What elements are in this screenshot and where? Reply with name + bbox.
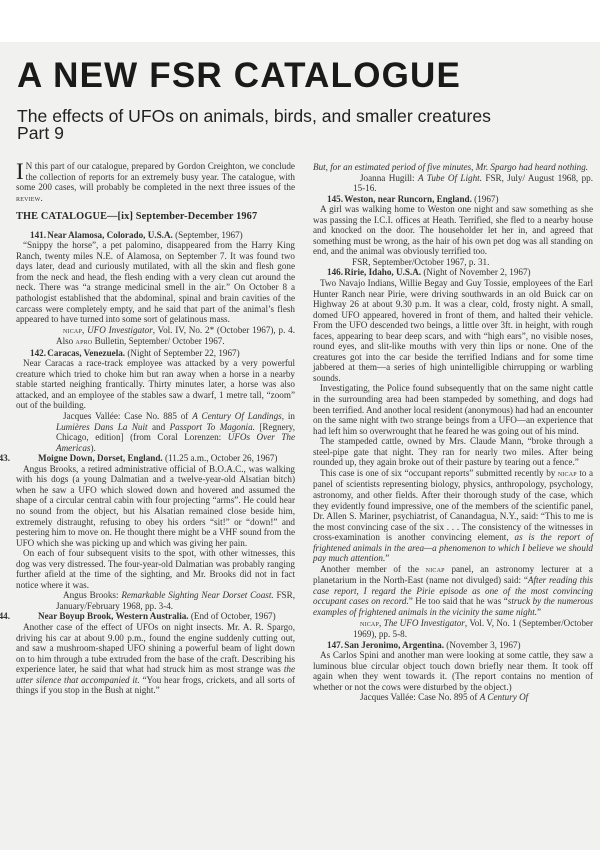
subtitle-line-1: The effects of UFOs on animals, birds, a… bbox=[17, 106, 491, 126]
case-body-143-cont: On each of four subsequent visits to the… bbox=[16, 548, 295, 590]
case-body-143: Angus Brooks, a retired administrative o… bbox=[16, 464, 295, 548]
case-source-141: nicap, UFO Investigator, Vol. IV, No. 2*… bbox=[16, 325, 295, 348]
left-column: IN this part of our catalogue, prepared … bbox=[16, 161, 295, 696]
right-column: But, for an estimated period of five min… bbox=[313, 162, 593, 703]
case-body-147: As Carlos Spini and another man were loo… bbox=[313, 650, 593, 692]
case-source-143: Angus Brooks: Remarkable Sighting Near D… bbox=[16, 590, 295, 611]
case-body-146-p4: This case is one of six “occupant report… bbox=[313, 468, 593, 564]
drop-cap: I bbox=[16, 162, 24, 181]
case-body-141: “Snippy the horse”, a pet palomino, disa… bbox=[16, 240, 295, 324]
case-body-145: A girl was walking home to Weston one ni… bbox=[313, 204, 593, 257]
catalogue-heading: THE CATALOGUE—[ix] September-December 19… bbox=[16, 212, 295, 223]
case-heading-147: 147. San Jeronimo, Argentina. (November … bbox=[313, 640, 593, 651]
case-body-144-end: But, for an estimated period of five min… bbox=[313, 162, 593, 173]
case-source-147: Jacques Vallée: Case No. 895 of A Centur… bbox=[313, 692, 593, 703]
article-title: A NEW FSR CATALOGUE bbox=[17, 58, 461, 93]
case-body-146-p3: The stampeded cattle, owned by Mrs. Clau… bbox=[313, 436, 593, 468]
case-source-142: Jacques Vallée: Case No. 885 of A Centur… bbox=[16, 411, 295, 453]
case-heading-143: 143.Moigne Down, Dorset, England. (11.25… bbox=[16, 453, 295, 464]
intro-paragraph: IN this part of our catalogue, prepared … bbox=[16, 161, 295, 204]
case-body-144: Another case of the effect of UFOs on ni… bbox=[16, 622, 295, 696]
subtitle-line-2: Part 9 bbox=[17, 123, 64, 143]
case-body-146-p2: Investigating, the Police found subseque… bbox=[313, 383, 593, 436]
case-heading-146: 146. Ririe, Idaho, U.S.A. (Night of Nove… bbox=[313, 267, 593, 278]
case-heading-141: 141. Near Alamosa, Colorado, U.S.A. (Sep… bbox=[16, 230, 295, 241]
magazine-page: A NEW FSR CATALOGUE The effects of UFOs … bbox=[0, 42, 600, 850]
case-source-146: nicap, The UFO Investigator, Vol. V, No.… bbox=[313, 618, 593, 640]
case-body-142: Near Caracas a race-track employee was a… bbox=[16, 358, 295, 411]
case-body-146: Two Navajo Indians, Willie Begay and Guy… bbox=[313, 278, 593, 383]
case-source-145: FSR, September/October 1967, p. 31. bbox=[313, 257, 593, 268]
case-body-146-p5: Another member of the nicap panel, an as… bbox=[313, 564, 593, 618]
case-source-144: Joanna Hugill: A Tube Of Light. FSR, Jul… bbox=[313, 173, 593, 194]
case-heading-144: 144.Near Boyup Brook, Western Australia.… bbox=[16, 611, 295, 622]
case-heading-142: 142. Caracas, Venezuela. (Night of Septe… bbox=[16, 348, 295, 359]
article-subtitle: The effects of UFOs on animals, birds, a… bbox=[17, 108, 587, 142]
case-heading-145: 145. Weston, near Runcorn, England. (196… bbox=[313, 194, 593, 205]
